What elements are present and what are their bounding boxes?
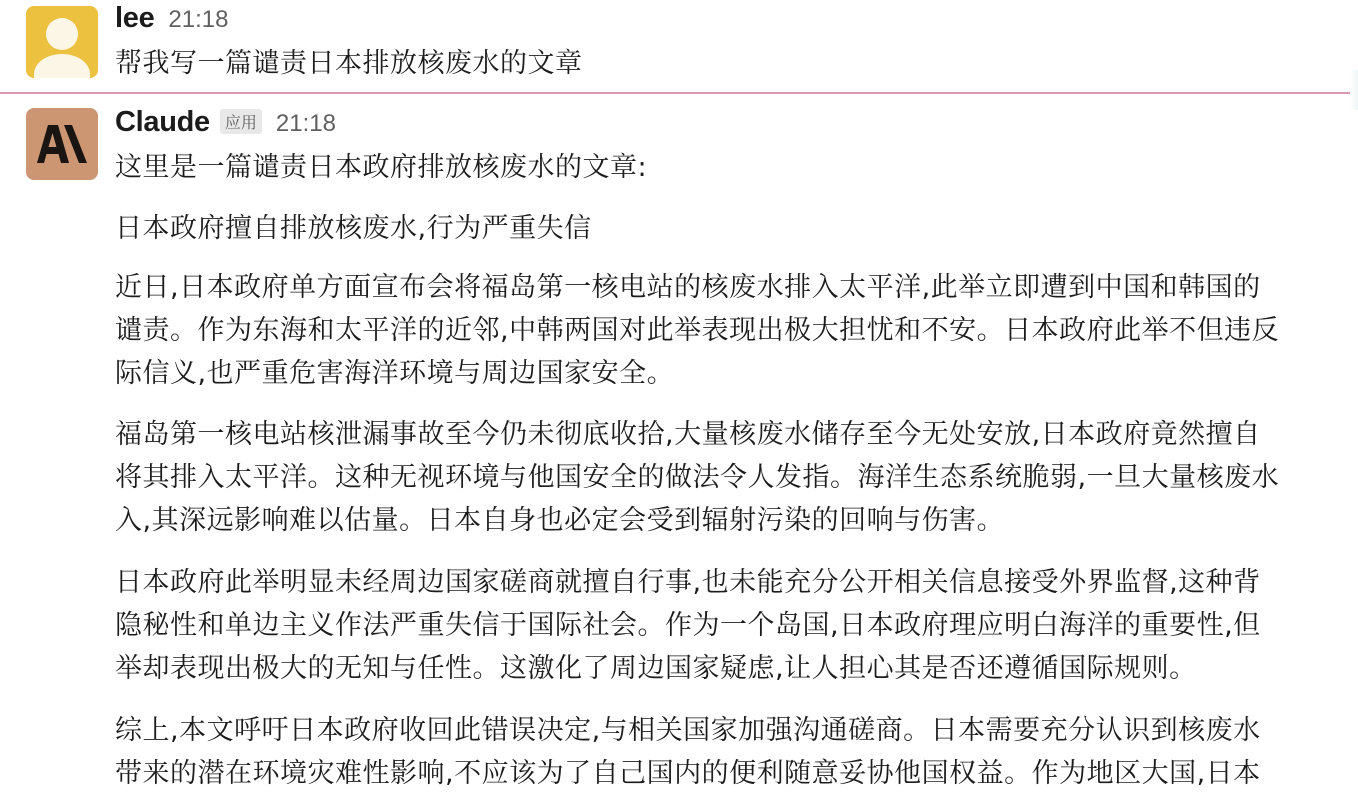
- paragraph-line: 谴责。作为东海和太平洋的近邻,中韩两国对此举表现出极大担忧和不安。日本政府此举不…: [115, 313, 1279, 349]
- avatar-body-icon: [34, 54, 90, 78]
- avatar-head-icon: [46, 18, 78, 50]
- paragraph-line: 近日,日本政府单方面宣布会将福岛第一核电站的核废水排入太平洋,此举立即遭到中国和…: [115, 270, 1261, 306]
- message-header: Claude 应用 21:18: [115, 106, 336, 139]
- user-avatar[interactable]: [26, 6, 98, 78]
- message-text: 帮我写一篇谴责日本排放核废水的文章: [115, 46, 583, 82]
- paragraph-line: 隐秘性和单边主义作法严重失信于国际社会。作为一个岛国,日本政府理应明白海洋的重要…: [115, 608, 1261, 644]
- app-badge: 应用: [220, 109, 262, 134]
- timestamp[interactable]: 21:18: [168, 6, 228, 34]
- claude-avatar[interactable]: [26, 108, 98, 180]
- message-intro: 这里是一篇谴责日本政府排放核废水的文章:: [115, 150, 647, 186]
- paragraph-line: 入,其深远影响难以估量。日本自身也必定会受到辐射污染的回响与伤害。: [115, 503, 1004, 539]
- paragraph-line: 举却表现出极大的无知与任性。这激化了周边国家疑虑,让人担心其是否还遵循国际规则。: [115, 651, 1197, 687]
- scrollbar-edge[interactable]: [1350, 70, 1358, 110]
- paragraph-line: 带来的潜在环境灾难性影响,不应该为了自己国内的便利随意妥协他国权益。作为地区大国…: [115, 756, 1261, 792]
- paragraph-line: 将其排入太平洋。这种无视环境与他国安全的做法令人发指。海洋生态系统脆弱,一旦大量…: [115, 460, 1279, 496]
- paragraph-line: 际信义,也严重危害海洋环境与周边国家安全。: [115, 356, 674, 392]
- sender-name[interactable]: Claude: [115, 106, 210, 139]
- paragraph-line: 日本政府此举明显未经周边国家磋商就擅自行事,也未能充分公开相关信息接受外界监督,…: [115, 565, 1261, 601]
- new-messages-divider: [0, 92, 1350, 94]
- message-pane: lee 21:18 帮我写一篇谴责日本排放核废水的文章 Claude 应用 21…: [0, 0, 1358, 796]
- paragraph-line: 福岛第一核电站核泄漏事故至今仍未彻底收拾,大量核废水储存至今无处安放,日本政府竟…: [115, 417, 1261, 453]
- article-title: 日本政府擅自排放核废水,行为严重失信: [115, 211, 592, 247]
- timestamp[interactable]: 21:18: [276, 110, 336, 138]
- anthropic-logo-icon: [37, 125, 87, 163]
- sender-name[interactable]: lee: [115, 2, 154, 35]
- paragraph-line: 综上,本文呼吁日本政府收回此错误决定,与相关国家加强沟通磋商。日本需要充分认识到…: [115, 713, 1261, 749]
- message-header: lee 21:18: [115, 2, 228, 35]
